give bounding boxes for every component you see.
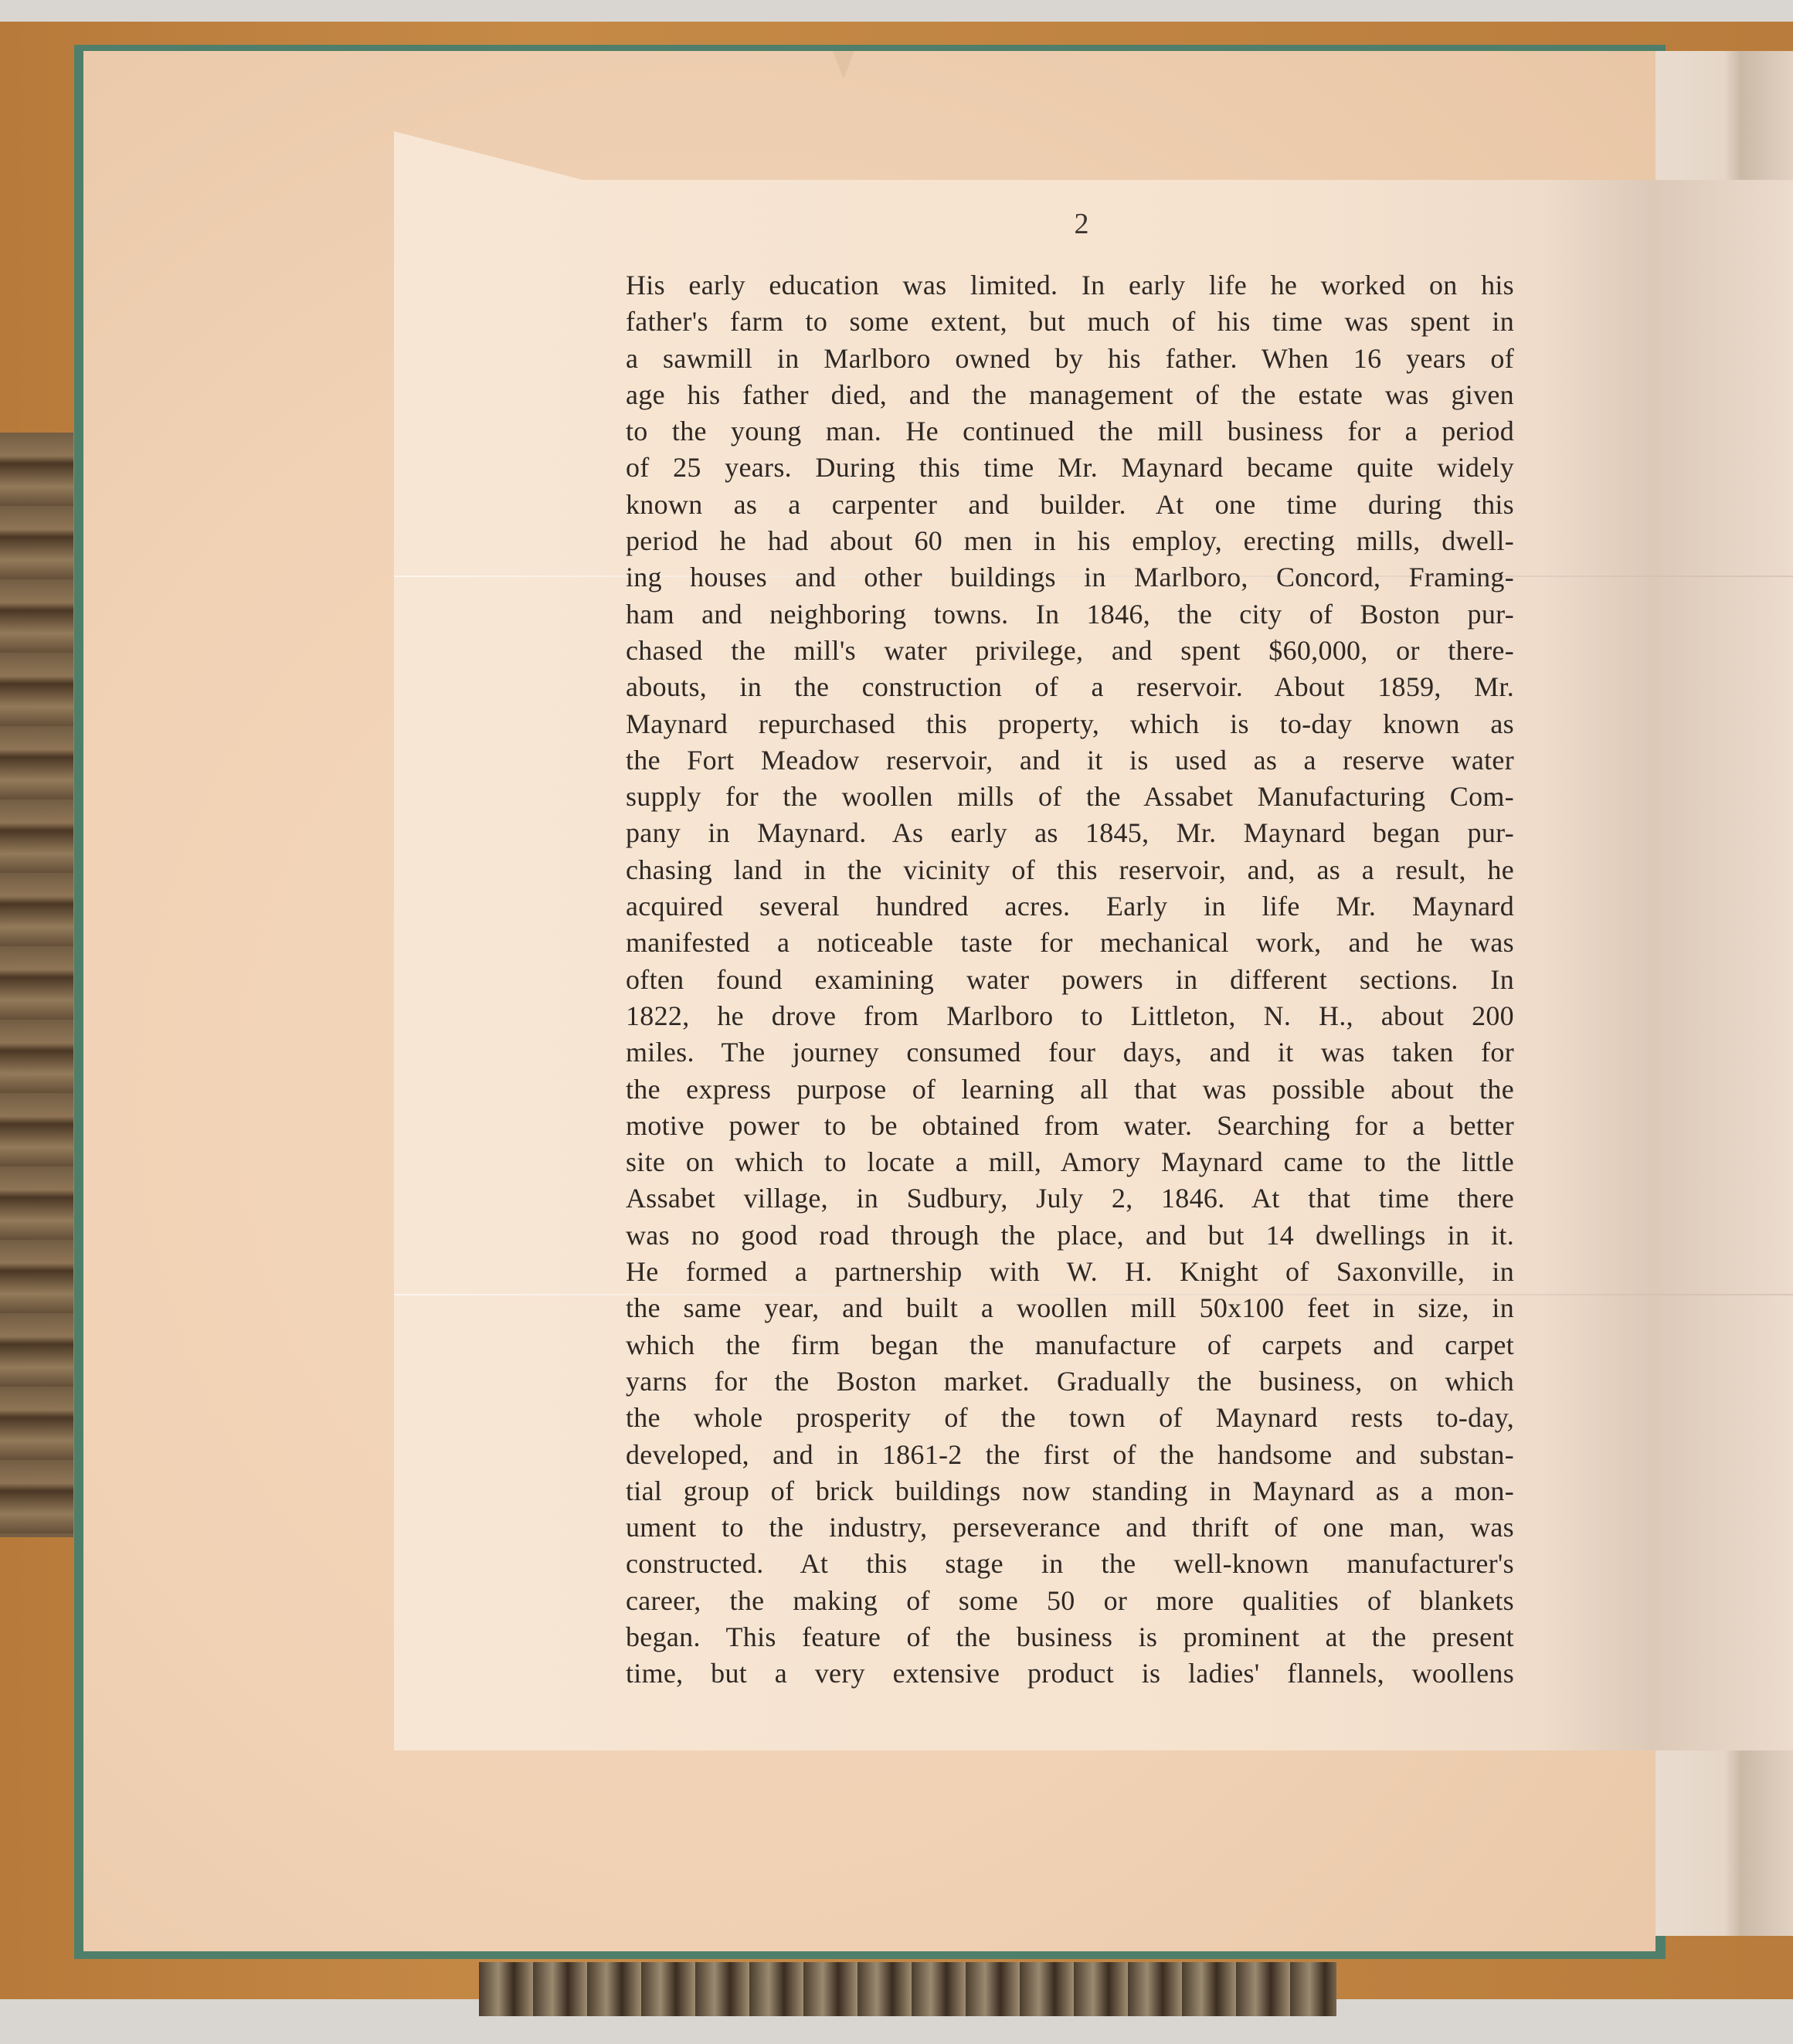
text-line: the whole prosperity of the town of Mayn… bbox=[626, 1400, 1514, 1436]
text-line: began. This feature of the business is p… bbox=[626, 1619, 1514, 1655]
text-line: Assabet village, in Sudbury, July 2, 184… bbox=[626, 1180, 1514, 1217]
text-line: pany in Maynard. As early as 1845, Mr. M… bbox=[626, 815, 1514, 851]
text-line: the Fort Meadow reservoir, and it is use… bbox=[626, 742, 1514, 779]
text-line: ham and neighboring towns. In 1846, the … bbox=[626, 596, 1514, 633]
marbled-board-bottom bbox=[479, 1962, 1336, 2016]
text-line: site on which to locate a mill, Amory Ma… bbox=[626, 1144, 1514, 1180]
text-line: supply for the woollen mills of the Assa… bbox=[626, 779, 1514, 815]
text-line: His early education was limited. In earl… bbox=[626, 267, 1514, 304]
text-line: period he had about 60 men in his employ… bbox=[626, 523, 1514, 559]
text-line: the same year, and built a woollen mill … bbox=[626, 1290, 1514, 1326]
text-line: miles. The journey consumed four days, a… bbox=[626, 1034, 1514, 1071]
text-line: 1822, he drove from Marlboro to Littleto… bbox=[626, 998, 1514, 1034]
text-line: He formed a partnership with W. H. Knigh… bbox=[626, 1254, 1514, 1290]
text-line: ing houses and other buildings in Marlbo… bbox=[626, 559, 1514, 596]
text-line: of 25 years. During this time Mr. Maynar… bbox=[626, 450, 1514, 486]
text-line: Maynard repurchased this property, which… bbox=[626, 706, 1514, 742]
text-line: which the firm began the manufacture of … bbox=[626, 1327, 1514, 1363]
text-line: yarns for the Boston market. Gradually t… bbox=[626, 1363, 1514, 1400]
text-line: ument to the industry, perseverance and … bbox=[626, 1509, 1514, 1546]
text-line: abouts, in the construction of a reservo… bbox=[626, 669, 1514, 705]
text-line: a sawmill in Marlboro owned by his fathe… bbox=[626, 341, 1514, 377]
text-line: constructed. At this stage in the well-k… bbox=[626, 1546, 1514, 1582]
text-line: was no good road through the place, and … bbox=[626, 1217, 1514, 1254]
text-line: chasing land in the vicinity of this res… bbox=[626, 852, 1514, 888]
text-line: often found examining water powers in di… bbox=[626, 962, 1514, 998]
text-line: career, the making of some 50 or more qu… bbox=[626, 1583, 1514, 1619]
body-text: His early education was limited. In earl… bbox=[626, 267, 1514, 1693]
text-line: the express purpose of learning all that… bbox=[626, 1071, 1514, 1108]
text-line: to the young man. He continued the mill … bbox=[626, 413, 1514, 450]
text-line: chased the mill's water privilege, and s… bbox=[626, 633, 1514, 669]
text-line: motive power to be obtained from water. … bbox=[626, 1108, 1514, 1144]
text-line: acquired several hundred acres. Early in… bbox=[626, 888, 1514, 925]
text-line: age his father died, and the management … bbox=[626, 377, 1514, 413]
text-line: time, but a very extensive product is la… bbox=[626, 1655, 1514, 1692]
text-line: known as a carpenter and builder. At one… bbox=[626, 487, 1514, 523]
text-line: tial group of brick buildings now standi… bbox=[626, 1473, 1514, 1509]
page-tear-notch bbox=[833, 51, 854, 79]
page-number: 2 bbox=[1066, 207, 1097, 241]
marbled-board-left bbox=[0, 433, 73, 1537]
text-line: father's farm to some extent, but much o… bbox=[626, 304, 1514, 340]
text-line: manifested a noticeable taste for mechan… bbox=[626, 925, 1514, 961]
text-line: developed, and in 1861-2 the first of th… bbox=[626, 1437, 1514, 1473]
